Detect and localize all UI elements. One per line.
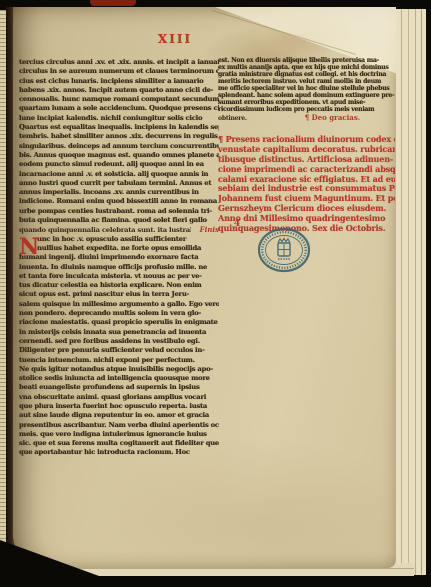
- colophon-line: Anno dni Millesimo quadringentesimo: [218, 214, 395, 224]
- text-line: obtinere.: [218, 115, 247, 123]
- text-line: Ne quis igitur notandus atque inuisibili…: [19, 365, 219, 374]
- text-line: annus imperialis. incoans .xv. annis cur…: [19, 188, 219, 197]
- book-leaf: XIII tercius circulus anni .xv. et .xix.…: [13, 6, 396, 568]
- text-line: Diligenter pre penuria sufficienter velu…: [19, 346, 219, 355]
- text-line: cernendi. sed pre foribus assidens in ve…: [19, 337, 219, 346]
- deo-gracias-rubric: ¶ Deo gracias.: [305, 114, 360, 122]
- text-line: cennoualis. hunc namque romani computant…: [19, 95, 219, 104]
- text-line: tuencia intuencium. nichil exponi per pe…: [19, 356, 219, 365]
- text-line: ex multis ananijs apta. que ex hijs que …: [218, 64, 395, 71]
- text-line: sicut opus est. primi nascitur eius in t…: [19, 290, 219, 299]
- text-line: inuenta. In diuinis namque officijs prof…: [19, 263, 219, 272]
- text-line: bis. Annus quoque magnus est. quando omn…: [19, 151, 219, 160]
- text-line: splendeant. hanc solem apud dominum exti…: [218, 92, 395, 99]
- right-text-column: est. Non ex diuersis alijsque libellis p…: [218, 57, 395, 234]
- text-line: quartam lunam a sole accidencium. Quodqu…: [19, 104, 219, 113]
- text-line: riacione maiestatis. quasi propicio sper…: [19, 318, 219, 327]
- left-column-paragraph-2: N unc in hoc .v. opusculo assilia suffic…: [19, 235, 219, 458]
- lombard-initial: N: [19, 237, 36, 259]
- text-line: lune incipiat kalendis. nichil coniungit…: [19, 114, 219, 123]
- colophon-line: Gernszheym Clericum dioces eiusdem.: [218, 204, 395, 214]
- text-line: unc in hoc .v. opusculo assilia sufficie…: [19, 235, 219, 244]
- text-line: sumant erroribus expeditionem. vt apud m…: [218, 99, 395, 106]
- colophon-line: cione imprimendi ac caracterizandi absqu…: [218, 165, 395, 175]
- paragraph-2-lines: unc in hoc .v. opusculo assilia sufficie…: [19, 235, 219, 458]
- top-background-strip: [0, 0, 431, 7]
- left-text-column: tercius circulus anni .xv. et .xix. anni…: [19, 58, 219, 458]
- text-line: que aportabantur hic introducta racionum…: [19, 448, 219, 457]
- finis-rubric: Finis: [200, 225, 219, 234]
- text-line: que plura inserta fuerint hoc opusculo r…: [19, 402, 219, 411]
- colophon-line: ¶ Presens racionalium diuinorum codex of…: [218, 135, 395, 145]
- text-line: non pondero. deprecando multis solem in …: [19, 309, 219, 318]
- text-line: in misterijs celsis innata sua penetranc…: [19, 328, 219, 337]
- text-line: anno lustri quod currit per tabulam term…: [19, 179, 219, 188]
- text-line: sic. que et sua ferens multa cogitauerit…: [19, 439, 219, 448]
- red-ink-mark: 4: [232, 220, 242, 229]
- folio-number: XIII: [151, 32, 199, 46]
- text-line: beati euangeliste profundens ad supernis…: [19, 383, 219, 392]
- red-top-edge-mark: [90, 0, 136, 6]
- text-line: circulus in se aureum numerum et claues …: [19, 67, 219, 76]
- colophon-line: Johannem fust ciuem Maguntinum. Et petru…: [218, 194, 395, 204]
- finis-line: quando quinquennalia celebrata sunt. ita…: [19, 225, 219, 234]
- text-line: aut sine laude digna reputentur in eo. a…: [19, 411, 219, 420]
- text-line: nullius habet expedita. ne forte opus em…: [19, 244, 219, 253]
- text-line: meis. que vero indigna intulerimus ignor…: [19, 430, 219, 439]
- library-stamp-icon: [256, 226, 312, 274]
- text-line: Quartus est equalitas inequalis. incipie…: [19, 123, 219, 132]
- text-line: tercius circulus anni .xv. et .xix. anni…: [19, 58, 219, 67]
- colophon-line: sebiam dei industrie est consummatus Per: [218, 184, 395, 194]
- text-line: stolice sedis iniuncta ad intelligencia …: [19, 374, 219, 383]
- colophon-line: calami exaracione sic effigiatus. Et ad …: [218, 175, 395, 185]
- text-end-line: obtinere. ¶ Deo gracias.: [218, 114, 395, 122]
- text-line: tembris. habet similiter annos .xix. dec…: [19, 132, 219, 141]
- text-line: humani ingenij. diuini imprimendo exorna…: [19, 253, 219, 262]
- text-line: habens .xix. annos. Incipit autem quarto…: [19, 86, 219, 95]
- text-line: ricordissimum iudicem pro peccatis meis …: [218, 106, 395, 113]
- text-line: incarnacione anni .v. et solsticia. alij…: [19, 170, 219, 179]
- text-line: indicione. Romani enim quod bissextili a…: [19, 197, 219, 206]
- left-column-paragraph-1: tercius circulus anni .xv. et .xix. anni…: [19, 58, 219, 225]
- text-line: vna obscuritate animi. quasi glorians am…: [19, 393, 219, 402]
- printers-colophon: ¶ Presens racionalium diuinorum codex of…: [218, 135, 395, 234]
- colophon-line: venustate capitalium decoratus. rubrican…: [218, 145, 395, 155]
- text-line: me officio specialiter vel in hoc diuine…: [218, 85, 395, 92]
- colophon-line: tibusque distinctus. Artificiosa adinuen…: [218, 155, 395, 165]
- right-column-text: est. Non ex diuersis alijsque libellis p…: [218, 57, 395, 113]
- text-line: tus dicatur celestia ea historia explica…: [19, 281, 219, 290]
- text-line: singularibus. deinceps ad annum tercium …: [19, 142, 219, 151]
- text-line: est. Non ex diuersis alijsque libellis p…: [218, 57, 395, 64]
- text-line: eodem puncto simul redeunt. alij quoque …: [19, 160, 219, 169]
- text-line: meritis lectorem instruo. velut rami mol…: [218, 78, 395, 85]
- text-line: urbe pompas centies lustrabant. roma ad …: [19, 207, 219, 216]
- bottom-background-strip: [0, 576, 431, 587]
- text-line: presentibus ascribantur. Nam verba diuin…: [19, 421, 219, 430]
- text-line: et tanta fore inculcata misteria. vt nou…: [19, 272, 219, 281]
- book-photo-scene: XIII tercius circulus anni .xv. et .xix.…: [0, 0, 431, 587]
- fold-crease-line: [212, 10, 356, 55]
- text-line: salem quisque in millesimo argumento a g…: [19, 300, 219, 309]
- text-line: buta quinquennalia ac flamina. quod sole…: [19, 216, 219, 225]
- text-line: gratia ministrare dignatus est collegi. …: [218, 71, 395, 78]
- fore-edge-page-layers: [395, 9, 426, 575]
- text-line: cius est ciclus lunaris. incipiens simil…: [19, 77, 219, 86]
